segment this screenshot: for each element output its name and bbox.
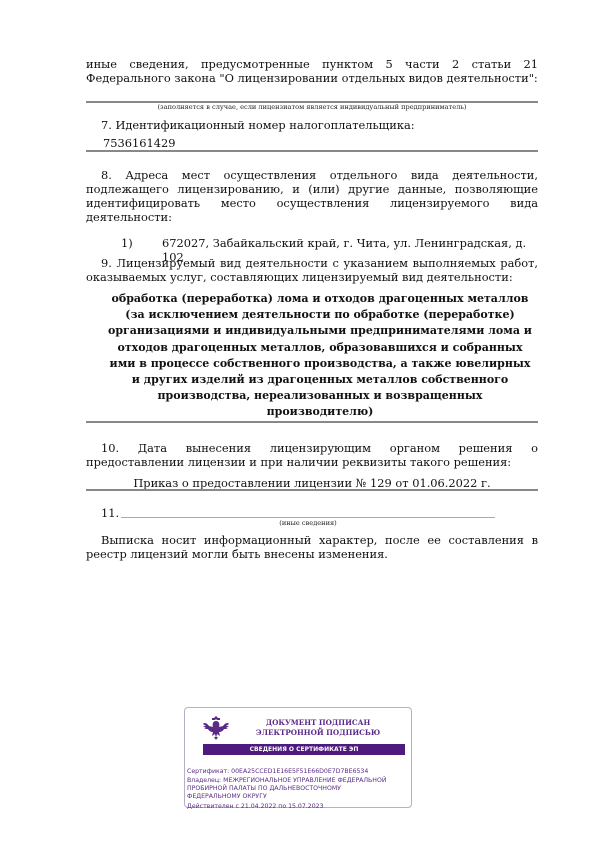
- eagle-emblem-icon: [201, 713, 231, 743]
- stamp-title-line: ДОКУМЕНТ ПОДПИСАН: [233, 718, 403, 728]
- activity-value: обработка (переработка) лома и отходов д…: [100, 291, 540, 421]
- addresses-label: 8. Адреса мест осуществления отдельного …: [86, 168, 538, 224]
- disclaimer-line-1: Выписка носит информационный характер, п…: [86, 533, 538, 547]
- certificate-owner-line-2: ПРОБИРНОЙ ПАЛАТЫ ПО ДАЛЬНЕВОСТОЧНОМУ: [187, 785, 413, 793]
- certificate-number: Сертификат: 00EA25CCED1E16E5F51E66D0E7D7…: [187, 768, 413, 776]
- decision-value: Приказ о предоставлении лицензии № 129 о…: [86, 476, 538, 490]
- activity-line: организациями и индивидуальными предприн…: [100, 323, 540, 339]
- divider: [86, 489, 538, 491]
- activity-line: отходов драгоценных металлов, образовавш…: [100, 340, 540, 356]
- stamp-title: ДОКУМЕНТ ПОДПИСАН ЭЛЕКТРОННОЙ ПОДПИСЬЮ: [233, 718, 403, 738]
- divider: [86, 150, 538, 152]
- activity-line: ими в процессе собственного производства…: [100, 356, 540, 372]
- intro-note: (заполняется в случае, если лицензиатом …: [86, 103, 538, 111]
- activity-label: 9. Лицензируемый вид деятельности с указ…: [86, 256, 538, 284]
- inn-label: 7. Идентификационный номер налогоплатель…: [101, 118, 538, 132]
- certificate-validity: Действителен с 21.04.2022 по 15.07.2023: [187, 803, 413, 811]
- document-page: иные сведения, предусмотренные пунктом 5…: [0, 0, 596, 842]
- inn-value: 7536161429: [103, 136, 303, 150]
- certificate-owner-line-3: ФЕДЕРАЛЬНОМУ ОКРУГУ: [187, 793, 413, 801]
- divider: [86, 421, 538, 423]
- activity-line: и других изделий из драгоценных металлов…: [100, 372, 540, 388]
- activity-line: производства, нереализованных и возвраще…: [100, 388, 540, 404]
- disclaimer-line-2: реестр лицензий могли быть внесены измен…: [86, 547, 538, 561]
- stamp-title-line: ЭЛЕКТРОННОЙ ПОДПИСЬЮ: [233, 728, 403, 738]
- address-number: 1): [121, 236, 161, 250]
- activity-line: обработка (переработка) лома и отходов д…: [100, 291, 540, 307]
- intro-line-2: Федерального закона "О лицензировании от…: [86, 71, 538, 85]
- intro-line-1: иные сведения, предусмотренные пунктом 5…: [86, 57, 538, 71]
- other-info-note: (иные сведения): [121, 519, 495, 527]
- certificate-owner-line-1: Владелец: МЕЖРЕГИОНАЛЬНОЕ УПРАВЛЕНИЕ ФЕД…: [187, 777, 413, 785]
- activity-line: производителю): [100, 404, 540, 420]
- decision-label: 10. Дата вынесения лицензирующим органом…: [86, 441, 538, 469]
- certificate-info-bar: СВЕДЕНИЯ О СЕРТИФИКАТЕ ЭП: [203, 744, 405, 755]
- activity-line: (за исключением деятельности по обработк…: [100, 307, 540, 323]
- other-info-line: [121, 517, 495, 518]
